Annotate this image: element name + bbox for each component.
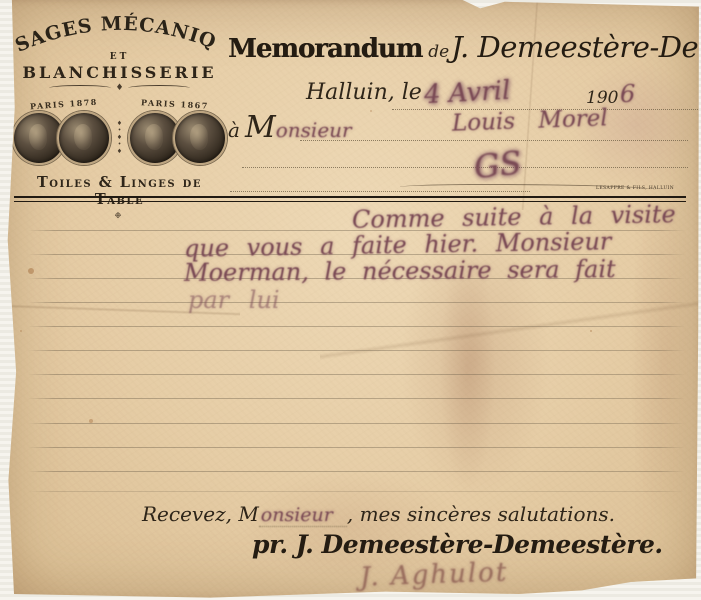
company-name-arc: TISSAGES MÉCANIQUES — [13, 8, 227, 54]
crease-bottom-diag — [320, 300, 701, 360]
medals-row: ♦•♦•♦ — [12, 111, 227, 165]
ornament-column-icon: ♦•♦•♦ — [113, 121, 126, 155]
salutation-line: Recevez, Monsieur, mes sincères salutati… — [142, 502, 615, 526]
handwritten-salutation-insert: onsieur — [259, 504, 347, 527]
ruled-line — [28, 350, 685, 351]
company-name-text: TISSAGES MÉCANIQUES — [13, 8, 220, 54]
letterhead-blanchisserie: BLANCHISSERIE — [12, 63, 227, 82]
note-line-4: par lui — [188, 286, 280, 314]
salutation-prefix: Recevez, M — [142, 502, 259, 526]
medal-label-paris-1867: PARIS 1867 — [141, 97, 209, 111]
place-date-label: Halluin, le — [306, 80, 422, 105]
medal-label-paris-1878: PARIS 1878 — [30, 97, 98, 112]
printed-signature: pr. J. Demeestère-Demeestère. — [252, 530, 663, 559]
letterhead: TISSAGES MÉCANIQUES ET BLANCHISSERIE ♦ P… — [12, 8, 227, 220]
note-line-3: Moerman, le nécessaire sera fait — [184, 255, 616, 287]
firm-name: J. Demeestère-Demeestère — [451, 30, 701, 64]
memorandum-paper: TISSAGES MÉCANIQUES ET BLANCHISSERIE ♦ P… — [0, 0, 701, 600]
rust-spots — [28, 268, 34, 274]
addressee-ruled-line-2 — [242, 166, 688, 168]
ornament-center-icon: ♦ — [115, 86, 123, 91]
salutation-suffix: , mes sincères salutations. — [347, 502, 615, 526]
ornament-wing-left — [49, 85, 111, 91]
memorandum-title-line: MemorandumdeJ. Demeestère-Demeestère — [228, 30, 701, 64]
memorandum-label: Memorandum — [228, 34, 422, 64]
stain-right-edge — [630, 200, 700, 520]
svg-text:TISSAGES MÉCANIQUES: TISSAGES MÉCANIQUES — [13, 8, 220, 54]
ruled-line — [28, 398, 685, 399]
medal-icon-1867-right — [173, 111, 227, 165]
letterhead-et: ET — [12, 52, 227, 62]
handwritten-addressee-name: Louis Morel — [452, 105, 609, 136]
handwritten-paraph: GS — [472, 144, 523, 187]
ruled-line — [28, 447, 685, 448]
ruled-line — [28, 326, 685, 327]
medal-icon-1878-right — [57, 111, 111, 165]
stain-center-streak — [440, 250, 495, 490]
handwritten-year-digit: 6 — [620, 80, 635, 108]
ruled-line — [28, 374, 685, 375]
handwritten-date: 4 Avril — [423, 76, 511, 110]
scanned-document: TISSAGES MÉCANIQUES ET BLANCHISSERIE ♦ P… — [0, 0, 701, 600]
ornament-wing-right — [128, 85, 190, 91]
ruled-line — [28, 471, 685, 472]
de-label: de — [428, 42, 449, 62]
ornament-small-icon: ❉ — [12, 211, 227, 220]
memo-header: MemorandumdeJ. Demeestère-Demeestère Hal… — [224, 0, 699, 196]
addressee-ruled-line-1 — [300, 139, 688, 141]
products-line: Toiles & Linges de Table — [12, 174, 227, 208]
ruled-line — [28, 423, 685, 424]
addressee-a: à — [228, 118, 240, 142]
addressee-m: M — [245, 110, 276, 145]
ruled-line — [28, 302, 685, 303]
medal-labels: PARIS 1878 PARIS 1867 — [12, 99, 227, 109]
signature-flourish-line — [340, 586, 650, 597]
printer-credit: LESAFFRE & FILS, HALLUIN — [596, 186, 674, 191]
ruled-line — [28, 491, 685, 492]
ornament-divider: ♦ — [12, 85, 227, 91]
